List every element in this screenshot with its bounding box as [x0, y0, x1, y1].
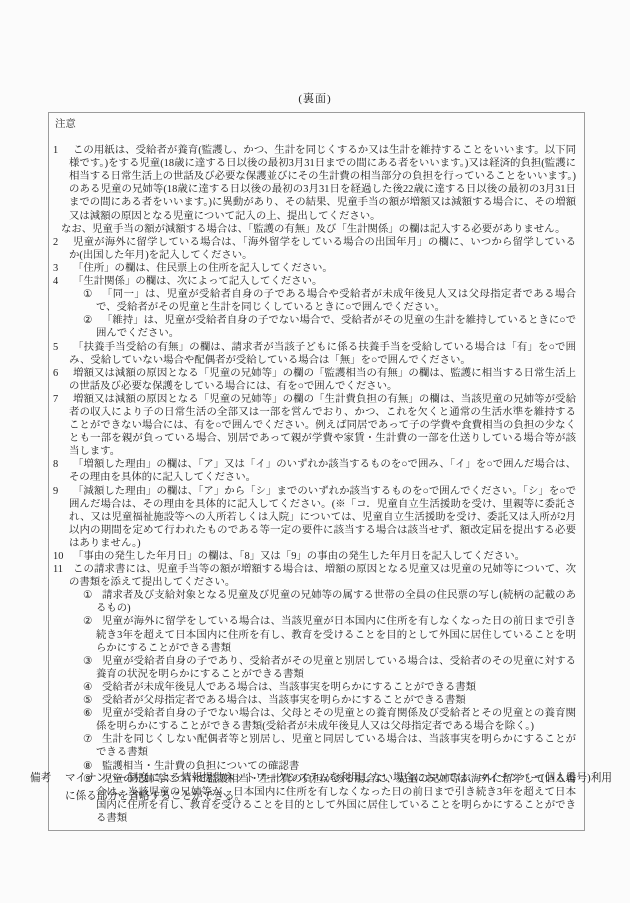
notice-item-2: 2児童が海外に留学している場合は、「海外留学をしている場合の出国年月」の欄に、い…	[53, 236, 576, 262]
item-4-sub-2-text: 「維持」は、児童が受給者自身の子でない場合で、受給者がその児童の生計を維持してい…	[96, 315, 576, 339]
item-11-sub-1: ①請求者及び支給対象となる児童及び児童の兄姉等の属する世帯の全員の住民票の写し(…	[83, 589, 576, 615]
notice-item-5: 5「扶養手当受給の有無」の欄は、請求者が当該子どもに係る扶養手当を受給している場…	[53, 341, 576, 367]
notice-item-4: 4「生計関係」の欄は、次によって記入してください。 ①「同一」は、児童が受給者自…	[53, 275, 576, 340]
item-11-sub-4: ④受給者が未成年後見人である場合は、当該事実を明らかにすることができる書類	[83, 681, 576, 694]
notice-item-6: 6増額又は減額の原因となる「児童の兄姉等」の欄の「監護相当の有無」の欄は、監護に…	[53, 367, 576, 393]
item-4-sub-2-number: ②	[83, 314, 92, 327]
item-4-sub-1: ①「同一」は、児童が受給者自身の子である場合や受給者が未成年後見人又は父母指定者…	[83, 288, 576, 314]
item-11-sub-7: ⑦生計を同じくしない配偶者等と別居し、児童と同居している場合は、当該事実を明らか…	[83, 733, 576, 759]
item-9-number: 9	[53, 485, 58, 498]
notice-title: 注意	[55, 118, 576, 131]
notice-box: 注意 1この用紙は、受給者が養育(監護し、かつ、生計を同じくするか又は生計を維持…	[48, 112, 585, 831]
item-11-text: この請求書には、児童手当等の額が増額する場合は、増額の原因となる児童又は児童の兄…	[69, 564, 576, 588]
item-11-sub-5-text: 受給者が父母指定者である場合は、当該事実を明らかにすることができる書類	[102, 695, 466, 706]
item-11-sub-6-text: 児童が受給者自身の子でない場合は、父母とその児童との養育関係及び受給者とその児童…	[96, 708, 576, 732]
item-6-text: 増額又は減額の原因となる「児童の兄姉等」の欄の「監護相当の有無」の欄は、監護に相…	[69, 368, 576, 392]
item-3-number: 3	[53, 262, 58, 275]
item-11-sub-3-text: 児童が受給者自身の子であり、受給者がその児童と別居している場合は、受給者のその児…	[96, 656, 576, 680]
item-10-number: 10	[53, 550, 63, 563]
item-11-sub-1-text: 請求者及び支給対象となる児童及び児童の兄姉等の属する世帯の全員の住民票の写し(続…	[96, 590, 576, 614]
item-11-sub-5: ⑤受給者が父母指定者である場合は、当該事実を明らかにすることができる書類	[83, 694, 576, 707]
form-back-page: (裏面) 注意 1この用紙は、受給者が養育(監護し、かつ、生計を同じくするか又は…	[0, 0, 630, 903]
item-11-sub-2-text: 児童が海外に留学をしている場合は、当該児童が日本国内に住所を有しなくなった日の前…	[96, 616, 576, 653]
item-11-sub-3-number: ③	[83, 655, 92, 668]
item-5-text: 「扶養手当受給の有無」の欄は、請求者が当該子どもに係る扶養手当を受給している場合…	[69, 342, 576, 366]
remark: 備考 マイナンバー制度による情報提供ネットワークシステムを利用しない場合において…	[30, 770, 612, 806]
notice-item-8: 8「増額した理由」の欄は、「ア」又は「イ」のいずれか該当するものを○で囲み、「イ…	[53, 458, 576, 484]
item-10-text: 「事由の発生した年月日」の欄は、「8」又は「9」の事由の発生した年月日を記入して…	[73, 551, 525, 562]
remark-label: 備考	[30, 770, 51, 788]
item-2-number: 2	[53, 236, 58, 249]
item-4-sub-1-number: ①	[83, 288, 92, 301]
page-side-label: (裏面)	[0, 93, 630, 106]
item-1-note: なお、児童手当の額が減額する場合は、「監護の有無」及び「生計関係」の欄は記入する…	[53, 223, 576, 236]
remark-text: マイナンバー制度による情報提供ネットワークシステムを利用しない場合においては、マ…	[65, 773, 612, 802]
notice-item-9: 9「減額した理由」の欄は、「ア」から「シ」までのいずれか該当するものを○で囲んで…	[53, 485, 576, 550]
item-11-sub-7-number: ⑦	[83, 733, 92, 746]
item-11-sub-6: ⑥児童が受給者自身の子でない場合は、父母とその児童との養育関係及び受給者とその児…	[83, 707, 576, 733]
item-4-sub-2: ②「維持」は、児童が受給者自身の子でない場合で、受給者がその児童の生計を維持して…	[83, 314, 576, 340]
item-11-sub-3: ③児童が受給者自身の子であり、受給者がその児童と別居している場合は、受給者のその…	[83, 655, 576, 681]
item-9-text: 「減額した理由」の欄は、「ア」から「シ」までのいずれか該当するものを○で囲んでく…	[69, 486, 576, 549]
item-11-sub-1-number: ①	[83, 589, 92, 602]
item-11-sub-4-number: ④	[83, 681, 92, 694]
notice-item-10: 10「事由の発生した年月日」の欄は、「8」又は「9」の事由の発生した年月日を記入…	[53, 550, 576, 563]
item-8-text: 「増額した理由」の欄は、「ア」又は「イ」のいずれか該当するものを○で囲み、「イ」…	[69, 459, 576, 483]
item-7-number: 7	[53, 393, 58, 406]
item-11-sub-2: ②児童が海外に留学をしている場合は、当該児童が日本国内に住所を有しなくなった日の…	[83, 615, 576, 654]
item-4-text: 「生計関係」の欄は、次によって記入してください。	[73, 276, 322, 287]
item-4-sub-1-text: 「同一」は、児童が受給者自身の子である場合や受給者が未成年後見人又は父母指定者で…	[96, 289, 576, 313]
item-4-number: 4	[53, 275, 58, 288]
notice-item-1: 1この用紙は、受給者が養育(監護し、かつ、生計を同じくするか又は生計を維持するこ…	[53, 144, 576, 236]
item-11-number: 11	[53, 563, 63, 576]
item-2-text: 児童が海外に留学している場合は、「海外留学をしている場合の出国年月」の欄に、いつ…	[69, 237, 576, 261]
item-6-number: 6	[53, 367, 58, 380]
item-8-number: 8	[53, 458, 58, 471]
item-1-number: 1	[53, 144, 58, 157]
item-11-sub-5-number: ⑤	[83, 694, 92, 707]
item-11-sub-2-number: ②	[83, 615, 92, 628]
item-11-sub-7-text: 生計を同じくしない配偶者等と別居し、児童と同居している場合は、当該事実を明らかに…	[96, 734, 576, 758]
item-11-sub-4-text: 受給者が未成年後見人である場合は、当該事実を明らかにすることができる書類	[102, 682, 476, 693]
item-3-text: 「住所」の欄は、住民票上の住所を記入してください。	[73, 263, 333, 274]
item-1-text: この用紙は、受給者が養育(監護し、かつ、生計を同じくするか又は生計を維持すること…	[69, 145, 576, 221]
item-11-sub-6-number: ⑥	[83, 707, 92, 720]
notice-item-3: 3「住所」の欄は、住民票上の住所を記入してください。	[53, 262, 576, 275]
item-5-number: 5	[53, 341, 58, 354]
notice-item-7: 7増額又は減額の原因となる「児童の兄姉等」の欄の「生計費負担の有無」の欄は、当該…	[53, 393, 576, 458]
item-7-text: 増額又は減額の原因となる「児童の兄姉等」の欄の「生計費負担の有無」の欄は、当該児…	[69, 394, 576, 457]
